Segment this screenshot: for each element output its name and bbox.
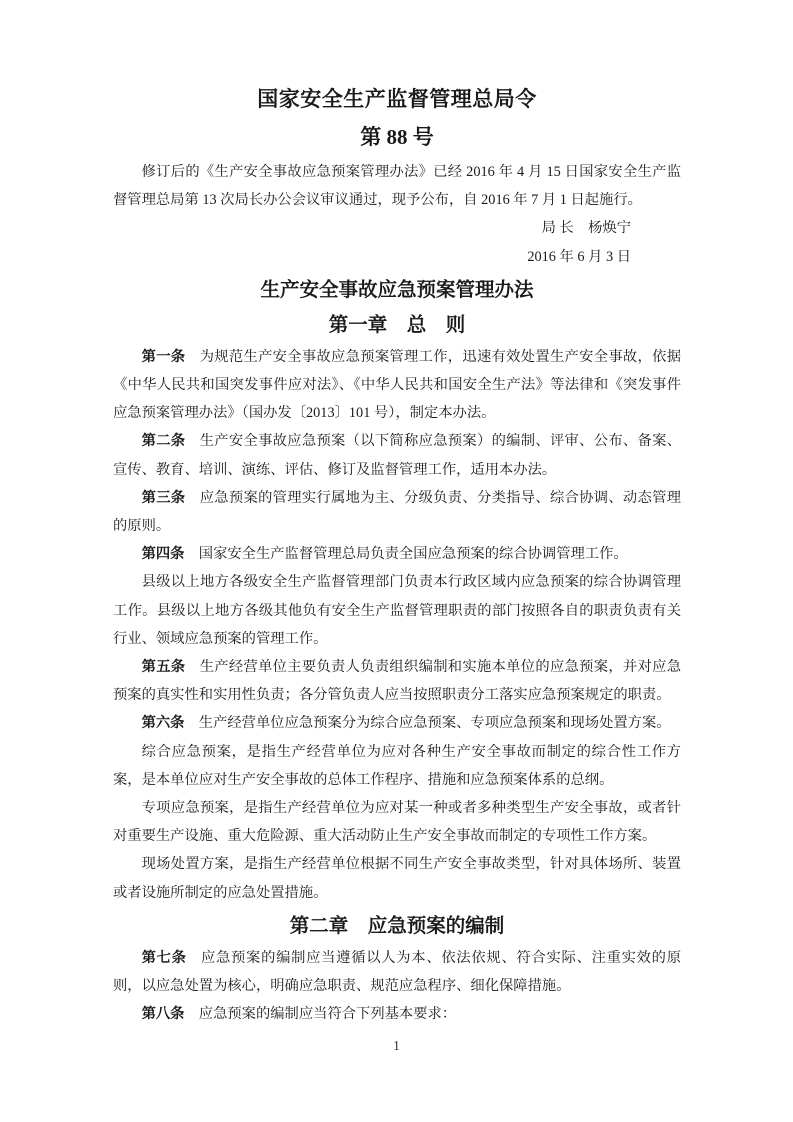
article-8-label: 第八条 [142,1006,185,1022]
article-2-label: 第二条 [142,433,186,449]
article-6-onsite-plan: 现场处置方案，是指生产经营单位根据不同生产安全事故类型，针对具体场所、装置或者设… [113,850,681,906]
article-6-onsite-plan-text: 现场处置方案，是指生产经营单位根据不同生产安全事故类型，针对具体场所、装置或者设… [113,856,681,900]
article-3-paragraph: 第三条应急预案的管理实行属地为主、分级负责、分类指导、综合协调、动态管理的原则。 [113,484,681,540]
article-6-label: 第六条 [142,715,185,731]
article-5-label: 第五条 [142,659,186,675]
decree-date: 2016 年 6 月 3 日 [113,243,681,271]
article-4-paragraph: 第四条国家安全生产监督管理总局负责全国应急预案的综合协调管理工作。 [113,540,681,568]
article-6-special-plan: 专项应急预案，是指生产经营单位为应对某一种或者多种类型生产安全事故，或者针对重要… [113,794,681,850]
page-number: 1 [0,1036,793,1056]
article-7-paragraph: 第七条应急预案的编制应当遵循以人为本、依法依规、符合实际、注重实效的原则，以应急… [113,944,681,1000]
article-5-paragraph: 第五条生产经营单位主要负责人负责组织编制和实施本单位的应急预案，并对应急预案的真… [113,653,681,709]
article-6-text: 生产经营单位应急预案分为综合应急预案、专项应急预案和现场处置方案。 [199,715,671,731]
article-3-label: 第三条 [142,490,186,506]
article-8-paragraph: 第八条应急预案的编制应当符合下列基本要求： [113,1000,681,1028]
article-4-text: 国家安全生产监督管理总局负责全国应急预案的综合协调管理工作。 [199,546,628,562]
article-7-text: 应急预案的编制应当遵循以人为本、依法依规、符合实际、注重实效的原则，以应急处置为… [113,950,681,994]
article-7-label: 第七条 [142,950,187,966]
article-6-comprehensive-plan-text: 综合应急预案，是指生产经营单位为应对各种生产安全事故而制定的综合性工作方案，是本… [113,744,681,788]
chapter-1-heading: 第一章 总 则 [113,311,681,341]
article-8-text: 应急预案的编制应当符合下列基本要求： [199,1006,456,1022]
article-2-text: 生产安全事故应急预案（以下简称应急预案）的编制、评审、公布、备案、宣传、教育、培… [113,433,681,477]
decree-preamble: 修订后的《生产安全事故应急预案管理办法》已经 2016 年 4 月 15 日国家… [113,158,681,214]
article-4-label: 第四条 [142,546,185,562]
article-4-continuation: 县级以上地方各级安全生产监督管理部门负责本行政区域内应急预案的综合协调管理工作。… [113,568,681,653]
chapter-2-heading: 第二章 应急预案的编制 [113,912,681,942]
article-3-text: 应急预案的管理实行属地为主、分级负责、分类指导、综合协调、动态管理的原则。 [113,490,681,534]
article-6-comprehensive-plan: 综合应急预案，是指生产经营单位为应对各种生产安全事故而制定的综合性工作方案，是本… [113,738,681,794]
article-5-text: 生产经营单位主要负责人负责组织编制和实施本单位的应急预案，并对应急预案的真实性和… [113,659,681,703]
article-1-text: 为规范生产安全事故应急预案管理工作，迅速有效处置生产安全事故，依据《中华人民共和… [113,349,681,421]
decree-signature: 局 长 杨焕宁 [113,214,681,242]
decree-number: 第 88 号 [113,122,681,152]
article-1-paragraph: 第一条为规范生产安全事故应急预案管理工作，迅速有效处置生产安全事故，依据《中华人… [113,343,681,428]
article-6-special-plan-text: 专项应急预案，是指生产经营单位为应对某一种或者多种类型生产安全事故，或者针对重要… [113,800,681,844]
article-1-label: 第一条 [142,349,186,365]
decree-title: 国家安全生产监督管理总局令 [113,84,681,114]
article-6-paragraph: 第六条生产经营单位应急预案分为综合应急预案、专项应急预案和现场处置方案。 [113,709,681,737]
document-page: 国家安全生产监督管理总局令 第 88 号 修订后的《生产安全事故应急预案管理办法… [0,0,793,1122]
article-2-paragraph: 第二条生产安全事故应急预案（以下简称应急预案）的编制、评审、公布、备案、宣传、教… [113,427,681,483]
article-4-continuation-text: 县级以上地方各级安全生产监督管理部门负责本行政区域内应急预案的综合协调管理工作。… [113,574,681,646]
regulation-title: 生产安全事故应急预案管理办法 [113,276,681,306]
